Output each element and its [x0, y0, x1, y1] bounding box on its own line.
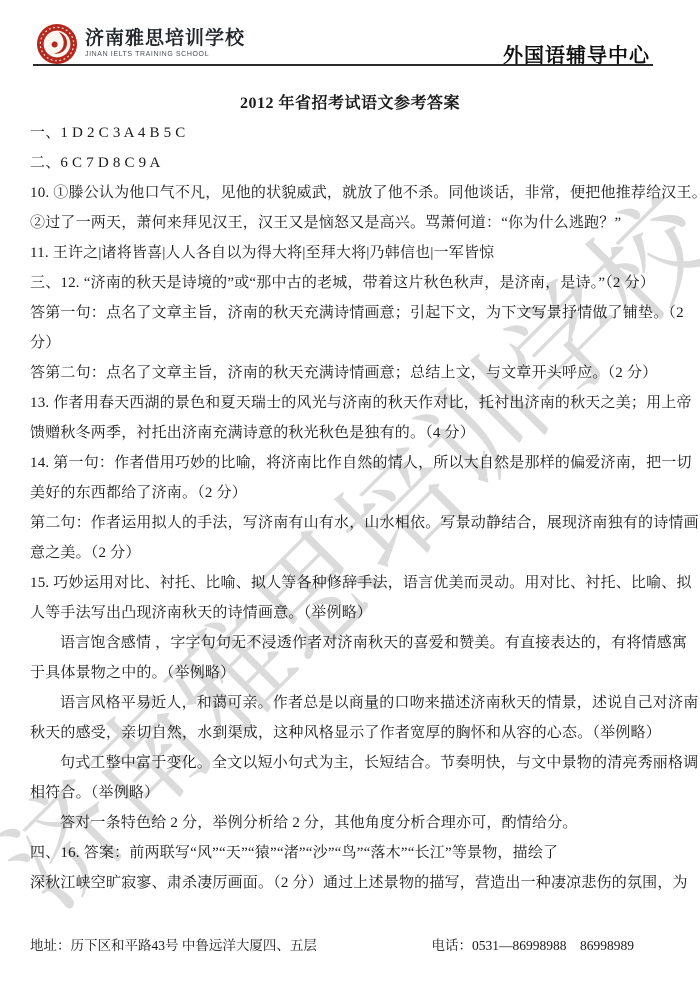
document-title: 2012 年省招考试语文参考答案: [0, 90, 700, 113]
answer-line: 答第一句：点名了文章主旨，济南的秋天充满诗情画意；引起下文，为下文写景抒情做了铺…: [30, 298, 672, 328]
answer-line: 13. 作者用春天西湖的景色和夏天瑞士的风光与济南的秋天作对比，托衬出济南的秋天…: [30, 388, 672, 418]
answer-line: 四、16. 答案：前两联写“风”“天”“猿”“渚”“沙”“鸟”“落木”“长江”等…: [30, 838, 672, 868]
school-logo: 济南雅思培训学校 JINAN IELTS TRAINING SCHOOL: [36, 23, 245, 65]
answer-line: 人等手法写出凸现济南秋天的诗情画意。（举例略）: [30, 598, 672, 628]
footer-phone: 电话：0531—86998988 86998989: [432, 932, 635, 960]
answer-line: 馈赠秋冬两季，衬托出济南充满诗意的秋光秋色是独有的。（4 分）: [30, 418, 672, 448]
answer-key-page: 济南雅思培训学校 济南雅思培训学校 JINAN IELTS TRAINING S…: [0, 0, 700, 989]
school-seal-icon: [36, 23, 78, 65]
answer-line: 语言风格平易近人，和蔼可亲。作者总是以商量的口吻来描述济南秋天的情景，述说自己对…: [30, 688, 672, 718]
answer-line: 第二句：作者运用拟人的手法，写济南有山有水，山水相依。写景动静结合，展现济南独有…: [30, 508, 672, 538]
school-name-en: JINAN IELTS TRAINING SCHOOL: [85, 51, 245, 58]
answer-line: ②过了一两天，萧何来拜见汉王，汉王又是恼怒又是高兴。骂萧何道：“你为什么逃跑？”: [30, 208, 672, 238]
answer-line: 于具体景物之中的。（举例略）: [30, 658, 672, 688]
answer-line: 答对一条特色给 2 分，举例分析给 2 分，其他角度分析合理亦可，酌情给分。: [30, 808, 672, 838]
answer-line: 14. 第一句：作者借用巧妙的比喻，将济南比作自然的情人，所以大自然是那样的偏爱…: [30, 448, 672, 478]
answer-line: 深秋江峡空旷寂寥、肃杀凄厉画面。（2 分）通过上述景物的描写，营造出一种凄凉悲伤…: [30, 868, 672, 898]
answer-line: 相符合。（举例略）: [30, 778, 672, 808]
answer-line: 意之美。（2 分）: [30, 538, 672, 568]
answer-line: 答第二句：点名了文章主旨，济南的秋天充满诗情画意；总结上文，与文章开头呼应。（2…: [30, 358, 672, 388]
school-name-block: 济南雅思培训学校 JINAN IELTS TRAINING SCHOOL: [85, 23, 245, 58]
answer-line: 美好的东西都给了济南。（2 分）: [30, 478, 672, 508]
footer-address: 地址：历下区和平路43号 中鲁远洋大厦四、五层: [30, 932, 317, 960]
answer-line: 二、6 C 7 D 8 C 9 A: [30, 148, 672, 178]
answer-line: 15. 巧妙运用对比、衬托、比喻、拟人等各种修辞手法，语言优美而灵动。用对比、衬…: [30, 568, 672, 598]
answer-line: 一、1 D 2 C 3 A 4 B 5 C: [30, 118, 672, 148]
answer-line: 秋天的感受，亲切自然，水到渠成，这种风格显示了作者宽厚的胸怀和从容的心态。（举例…: [30, 718, 672, 748]
answer-line: 11. 王许之|诸将皆喜|人人各自以为得大将|至拜大将|乃韩信也|一军皆惊: [30, 238, 672, 268]
answer-line: 10. ①滕公认为他口气不凡，见他的状貌威武，就放了他不杀。同他谈话，非常，便把…: [30, 178, 672, 208]
answer-line: 分）: [30, 328, 672, 358]
answer-line: 三、12. “济南的秋天是诗境的”或“那中古的老城，带着这片秋色秋声，是济南，是…: [30, 268, 672, 298]
header-rule: [33, 64, 653, 66]
answer-lines: 一、1 D 2 C 3 A 4 B 5 C二、6 C 7 D 8 C 9 A10…: [30, 118, 672, 898]
page-footer: 地址：历下区和平路43号 中鲁远洋大厦四、五层 电话：0531—86998988…: [30, 932, 634, 960]
school-name-cn: 济南雅思培训学校: [85, 29, 245, 48]
answer-line: 语言饱含感情 ，字字句句无不浸透作者对济南秋天的喜爱和赞美。有直接表达的，有将情…: [30, 628, 672, 658]
answer-line: 句式工整中富于变化。全文以短小句式为主，长短结合。节奏明快，与文中景物的清亮秀丽…: [30, 748, 672, 778]
